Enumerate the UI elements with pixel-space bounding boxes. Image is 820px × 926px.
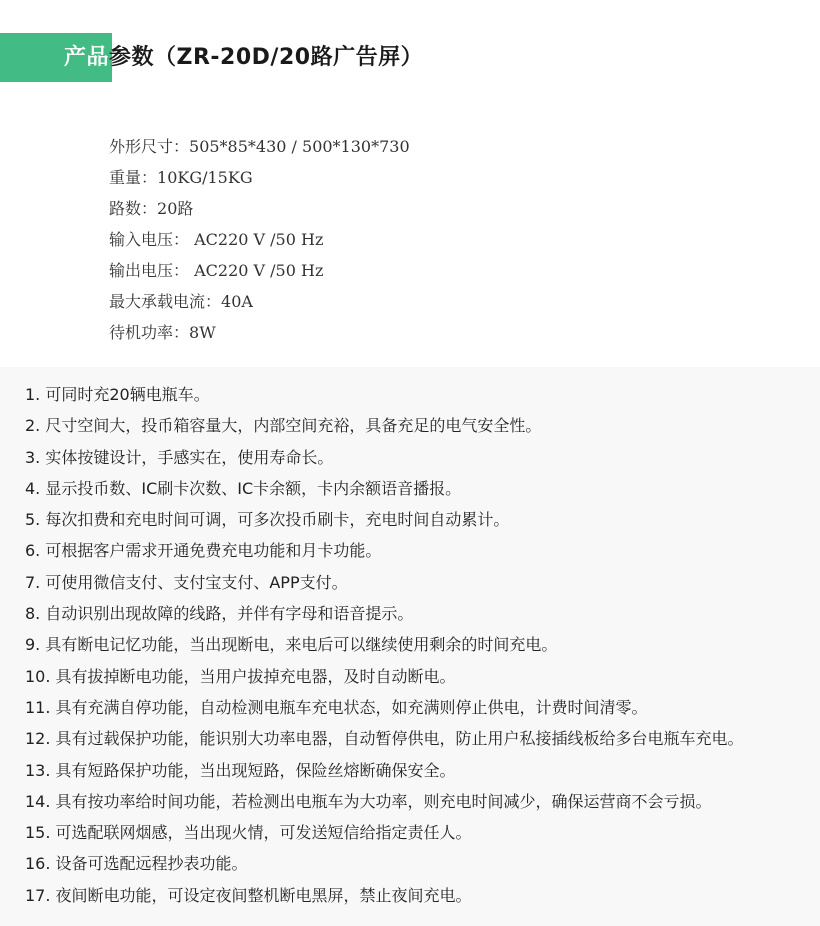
spec-label: 外形尺寸： (109, 137, 189, 156)
spec-max-current: 最大承载电流：40A (109, 286, 410, 317)
spec-label: 输出电压： (109, 261, 189, 280)
spec-value: AC220 V /50 Hz (189, 230, 323, 249)
feature-item: 12. 具有过载保护功能，能识别大功率电器，自动暂停供电，防止用户私接插线板给多… (25, 723, 744, 754)
spec-value: 20路 (157, 199, 193, 218)
spec-value: AC220 V /50 Hz (189, 261, 323, 280)
spec-label: 待机功率： (109, 323, 189, 342)
feature-item: 17. 夜间断电功能，可设定夜间整机断电黑屏，禁止夜间充电。 (25, 880, 744, 911)
feature-item: 3. 实体按键设计，手感实在，使用寿命长。 (25, 442, 744, 473)
spec-value: 10KG/15KG (157, 168, 253, 187)
spec-dimensions: 外形尺寸：505*85*430 / 500*130*730 (109, 131, 410, 162)
spec-channels: 路数：20路 (109, 193, 410, 224)
feature-item: 4. 显示投币数、IC刷卡次数、IC卡余额，卡内余额语音播报。 (25, 473, 744, 504)
feature-item: 11. 具有充满自停功能，自动检测电瓶车充电状态，如充满则停止供电，计费时间清零… (25, 692, 744, 723)
feature-item: 10. 具有拔掉断电功能，当用户拔掉充电器，及时自动断电。 (25, 661, 744, 692)
spec-input-voltage: 输入电压： AC220 V /50 Hz (109, 224, 410, 255)
feature-item: 15. 可选配联网烟感，当出现火情，可发送短信给指定责任人。 (25, 817, 744, 848)
feature-item: 5. 每次扣费和充电时间可调，可多次投币刷卡，充电时间自动累计。 (25, 504, 744, 535)
title-main-text: 参数（ZR-20D/20路广告屏） (109, 45, 423, 70)
feature-item: 16. 设备可选配远程抄表功能。 (25, 848, 744, 879)
spec-label: 路数： (109, 199, 157, 218)
spec-label: 重量： (109, 168, 157, 187)
spec-value: 8W (189, 323, 216, 342)
features-panel: 1. 可同时充20辆电瓶车。 2. 尺寸空间大，投币箱容量大，内部空间充裕，具备… (0, 367, 820, 926)
spec-output-voltage: 输出电压： AC220 V /50 Hz (109, 255, 410, 286)
feature-item: 1. 可同时充20辆电瓶车。 (25, 379, 744, 410)
feature-item: 14. 具有按功率给时间功能，若检测出电瓶车为大功率，则充电时间减少，确保运营商… (25, 786, 744, 817)
spec-list: 外形尺寸：505*85*430 / 500*130*730 重量：10KG/15… (109, 131, 410, 348)
feature-list: 1. 可同时充20辆电瓶车。 2. 尺寸空间大，投币箱容量大，内部空间充裕，具备… (25, 379, 744, 911)
feature-item: 8. 自动识别出现故障的线路，并伴有字母和语音提示。 (25, 598, 744, 629)
page-title: 产品参数（ZR-20D/20路广告屏） (64, 33, 423, 82)
spec-value: 505*85*430 / 500*130*730 (189, 137, 410, 156)
feature-item: 2. 尺寸空间大，投币箱容量大，内部空间充裕，具备充足的电气安全性。 (25, 410, 744, 441)
feature-item: 7. 可使用微信支付、支付宝支付、APP支付。 (25, 567, 744, 598)
spec-standby-power: 待机功率：8W (109, 317, 410, 348)
feature-item: 13. 具有短路保护功能，当出现短路，保险丝熔断确保安全。 (25, 755, 744, 786)
feature-item: 6. 可根据客户需求开通免费充电功能和月卡功能。 (25, 535, 744, 566)
spec-value: 40A (221, 292, 253, 311)
spec-label: 输入电压： (109, 230, 189, 249)
spec-label: 最大承载电流： (109, 292, 221, 311)
title-accent-text: 产品 (64, 45, 109, 70)
section-header: 产品参数（ZR-20D/20路广告屏） (0, 33, 600, 82)
feature-item: 9. 具有断电记忆功能，当出现断电，来电后可以继续使用剩余的时间充电。 (25, 629, 744, 660)
spec-weight: 重量：10KG/15KG (109, 162, 410, 193)
